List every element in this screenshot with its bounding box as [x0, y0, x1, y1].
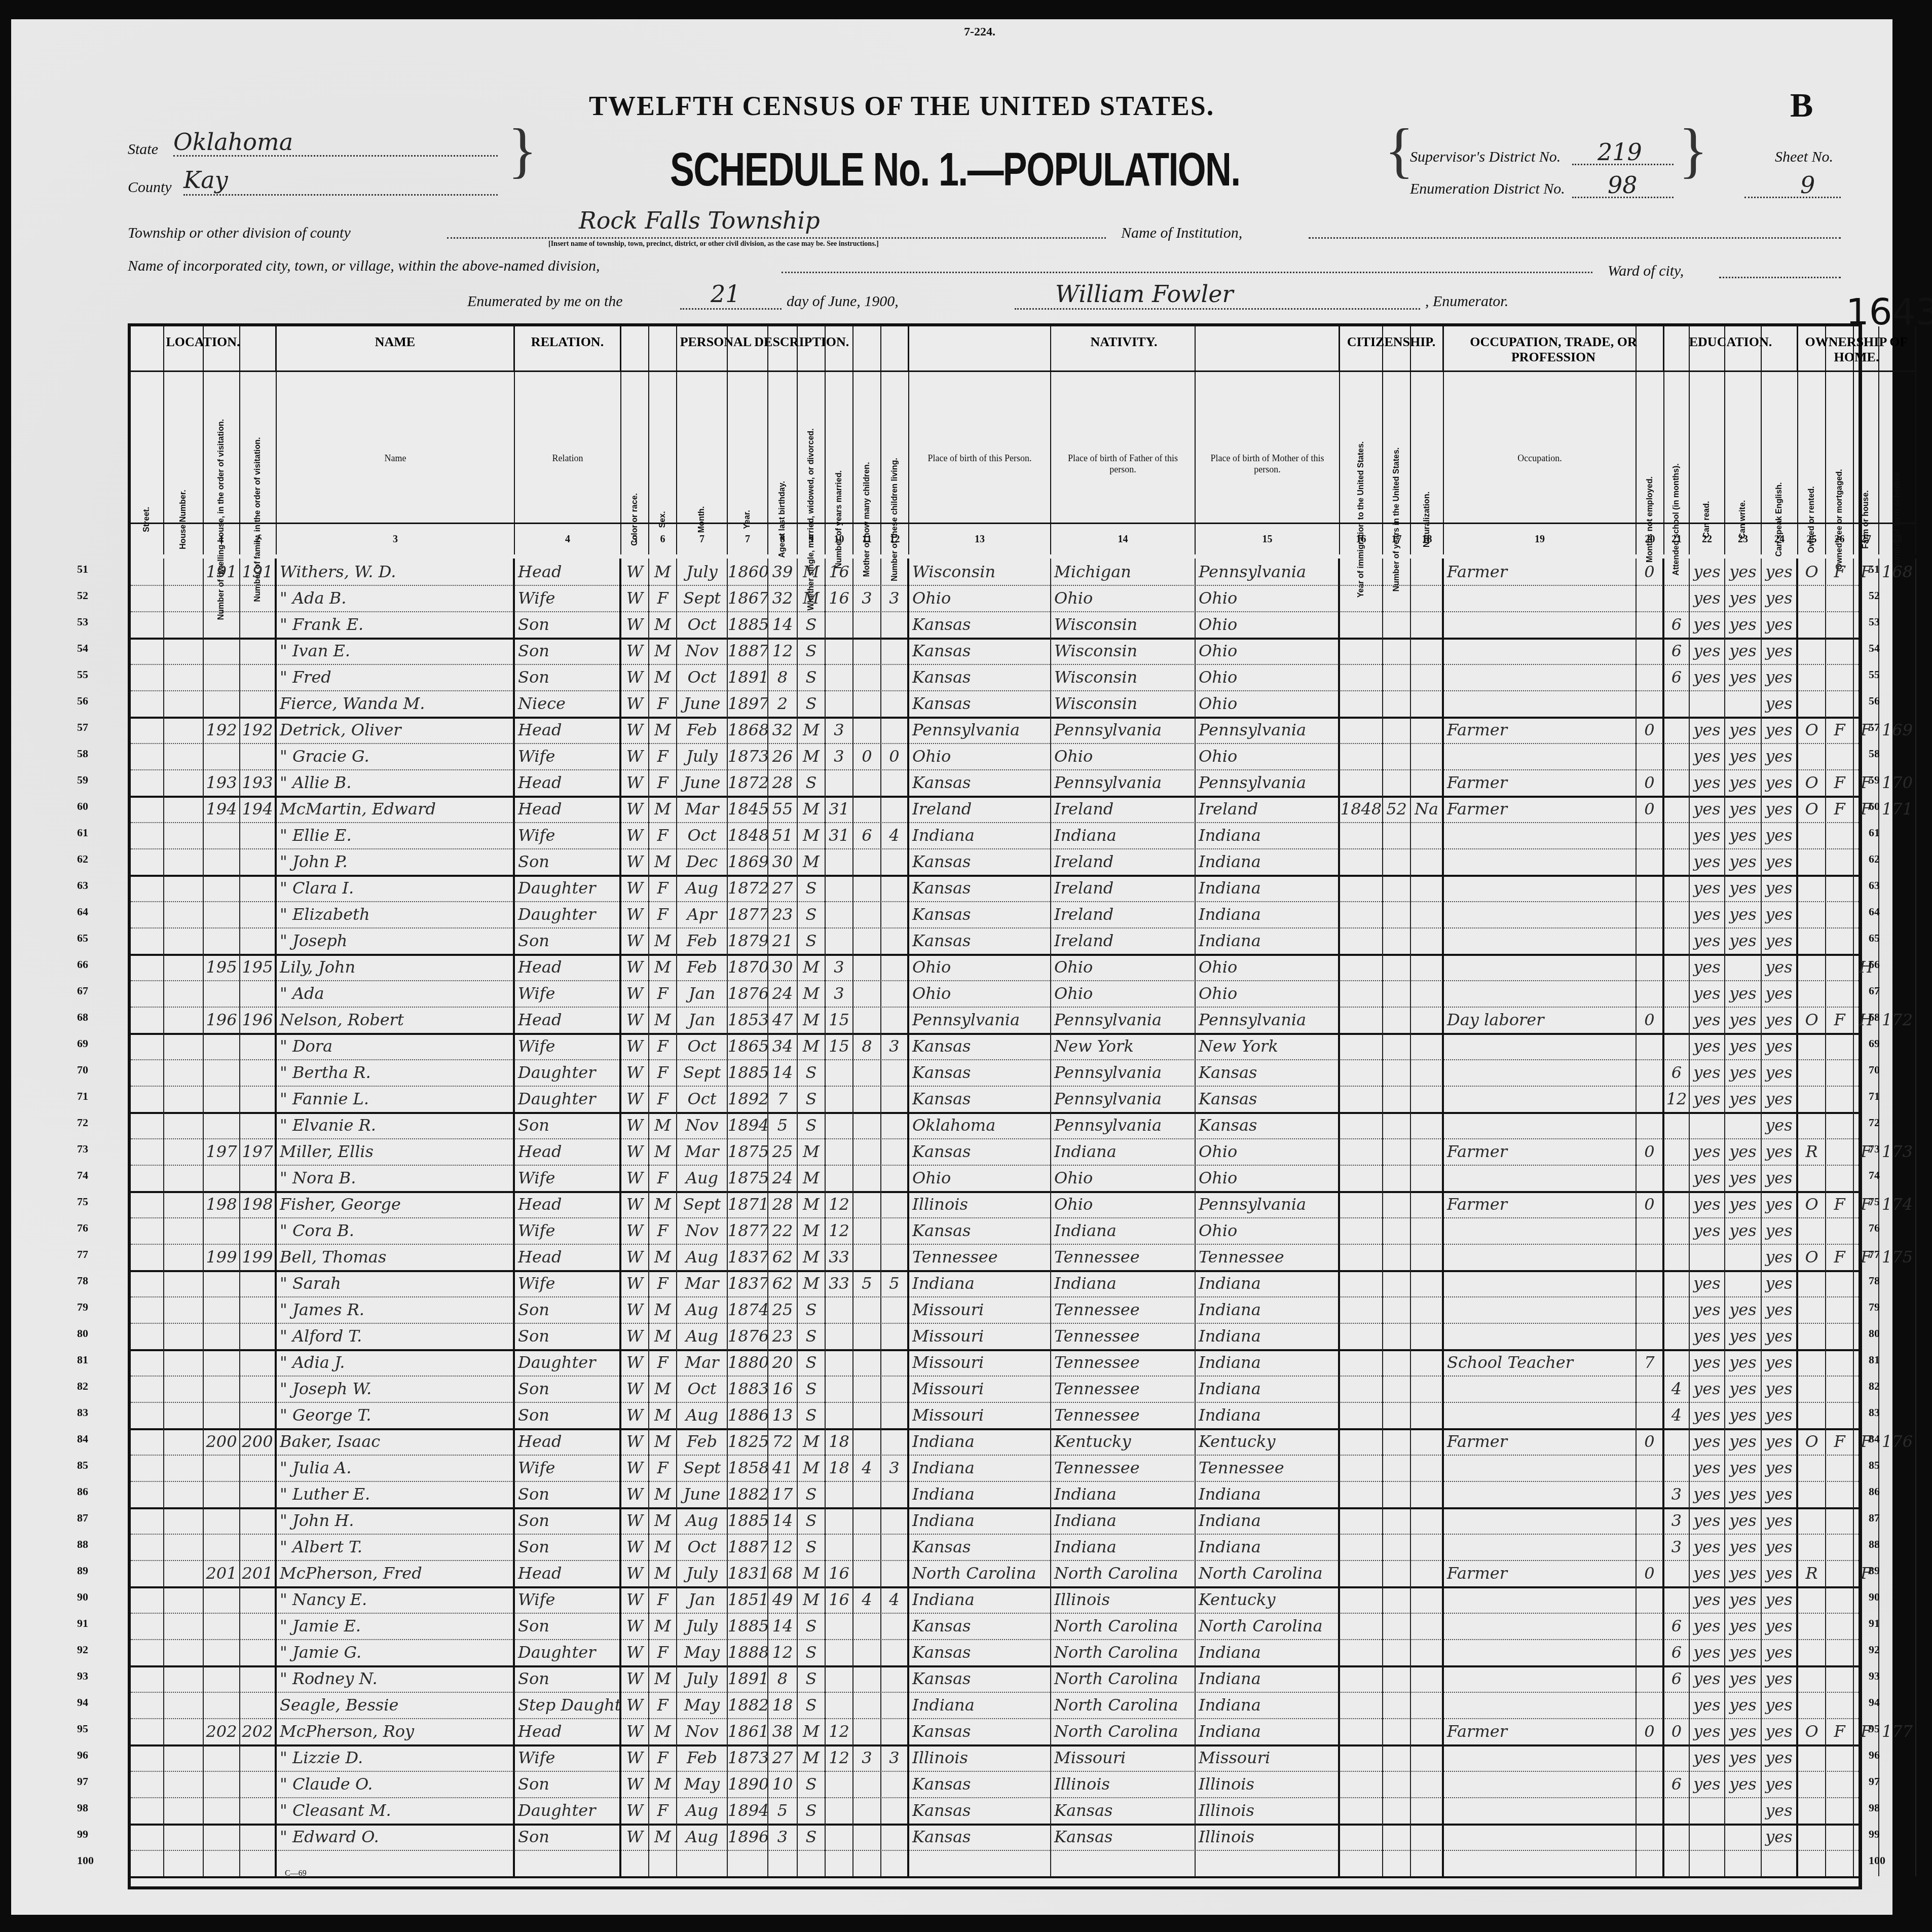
cell-empty	[131, 1112, 164, 1138]
cell-nat	[1411, 1665, 1444, 1692]
table-row: " Ada B.WifeWFSept186732M1633OhioOhioOhi…	[131, 585, 1859, 612]
cell-marital: M	[798, 1744, 826, 1771]
line-number: 78	[1869, 1274, 1880, 1287]
cell-living: 0	[881, 743, 909, 769]
cell-birth: Missouri	[909, 1376, 1051, 1402]
cell-free: F	[1826, 1191, 1854, 1217]
supervisor-line	[1572, 164, 1674, 165]
cell-english: yes	[1762, 1639, 1798, 1665]
cell-relation: Head	[515, 1244, 621, 1270]
cell-dwelling	[204, 875, 240, 901]
line-number: 91	[77, 1617, 88, 1630]
cell-mother: Indiana	[1196, 1296, 1340, 1323]
cell-occupation	[1444, 1244, 1637, 1270]
cell-father: Ireland	[1051, 796, 1196, 822]
cell-marital: M	[798, 559, 826, 585]
ward-line	[1719, 277, 1841, 278]
cell-yrs-us	[1383, 1455, 1411, 1481]
cell-dwelling	[204, 1217, 240, 1244]
cell-year: 1853	[728, 1007, 768, 1033]
cell-yrs-married: 33	[826, 1270, 853, 1296]
cell-english: yes	[1762, 1191, 1798, 1217]
cell-own	[1798, 901, 1826, 927]
cell-read: yes	[1690, 1744, 1725, 1771]
cell-english: yes	[1762, 901, 1798, 927]
cell-school	[1664, 954, 1690, 980]
cell-school	[1664, 796, 1690, 822]
cell-occupation: Farmer	[1444, 1560, 1637, 1586]
cell-own	[1798, 1744, 1826, 1771]
cell-unemployed	[1637, 1376, 1664, 1402]
cell-unemployed	[1637, 1112, 1664, 1138]
cell-dwelling: 199	[204, 1244, 240, 1270]
table-row: 201201McPherson, FredHeadWMJuly183168M16…	[131, 1560, 1859, 1588]
cell-english: yes	[1762, 611, 1798, 638]
cell-marital: M	[798, 1428, 826, 1455]
cell-empty	[131, 1165, 164, 1191]
cell-father: Tennessee	[1051, 1296, 1196, 1323]
table-row: " Claude O.SonWMMay189010SKansasIllinois…	[131, 1771, 1859, 1798]
cell-unemployed	[1637, 1086, 1664, 1112]
cell-father: Missouri	[1051, 1744, 1196, 1771]
cell-yrs-us	[1383, 1744, 1411, 1771]
table-row: " Jamie E.SonWMJuly188514SKansasNorth Ca…	[131, 1613, 1859, 1640]
cell-school: 6	[1664, 1059, 1690, 1086]
cell-write: yes	[1725, 1560, 1762, 1586]
cell-nat	[1411, 1744, 1444, 1771]
cell-father: Indiana	[1051, 1217, 1196, 1244]
cell-age: 27	[768, 1744, 798, 1771]
cell-name: " Cora B.	[277, 1217, 515, 1244]
cell-mother: Kentucky	[1196, 1586, 1340, 1613]
cell-schedule	[1879, 1824, 1916, 1850]
cell-birth: Indiana	[909, 1586, 1051, 1613]
cell-unemployed	[1637, 690, 1664, 717]
cell-english: yes	[1762, 875, 1798, 901]
line-number: 51	[1869, 563, 1880, 576]
cell-month: Aug	[677, 1165, 728, 1191]
cell-race: W	[621, 1639, 649, 1665]
cell-age: 68	[768, 1560, 798, 1586]
brace: {	[1385, 116, 1414, 185]
cell-race: W	[621, 1376, 649, 1402]
cell-school	[1664, 1428, 1690, 1455]
cell-family	[240, 901, 277, 927]
cell-family	[240, 1323, 277, 1349]
cell-yrs-us	[1383, 638, 1411, 664]
column-number: 26	[1826, 523, 1853, 554]
cell-read: yes	[1690, 1639, 1725, 1665]
cell-write: yes	[1725, 1217, 1762, 1244]
cell-own	[1798, 1613, 1826, 1639]
cell-month: Aug	[677, 1507, 728, 1534]
cell-family	[240, 611, 277, 638]
cell-dwelling	[204, 980, 240, 1007]
cell-nat	[1411, 1534, 1444, 1560]
cell-own	[1798, 1771, 1826, 1797]
cell-own	[1798, 1665, 1826, 1692]
cell-empty	[164, 822, 204, 848]
cell-month: Nov	[677, 1217, 728, 1244]
cell-free	[1826, 1112, 1854, 1138]
line-number: 61	[77, 826, 88, 839]
cell-own	[1798, 1850, 1826, 1876]
column-group-header: NAME	[277, 326, 515, 372]
cell-free	[1826, 1086, 1854, 1112]
cell-race	[621, 1850, 649, 1876]
cell-family: 199	[240, 1244, 277, 1270]
cell-age: 38	[768, 1718, 798, 1744]
cell-english: yes	[1762, 1112, 1798, 1138]
cell-occupation	[1444, 638, 1637, 664]
cell-read: yes	[1690, 875, 1725, 901]
cell-empty	[164, 1481, 204, 1507]
cell-month: Feb	[677, 954, 728, 980]
cell-free	[1826, 822, 1854, 848]
cell-empty	[131, 769, 164, 796]
cell-write: yes	[1725, 1455, 1762, 1481]
line-number: 99	[1869, 1828, 1880, 1841]
cell-race: W	[621, 1560, 649, 1586]
cell-free	[1826, 1402, 1854, 1428]
cell-unemployed	[1637, 848, 1664, 875]
cell-empty	[164, 1824, 204, 1850]
cell-dwelling: 193	[204, 769, 240, 796]
cell-marital: S	[798, 769, 826, 796]
cell-english: yes	[1762, 717, 1798, 743]
cell-yrs-us	[1383, 611, 1411, 638]
enumerated-day-line	[680, 308, 782, 310]
line-number: 85	[77, 1459, 88, 1472]
table-row: " Bertha R.DaughterWFSept188514SKansasPe…	[131, 1059, 1859, 1087]
cell-name: " Rodney N.	[277, 1665, 515, 1692]
cell-nat	[1411, 1270, 1444, 1296]
table-row: " Julia A.WifeWFSept185841M1843IndianaTe…	[131, 1455, 1859, 1482]
cell-free	[1826, 1586, 1854, 1613]
cell-marital: M	[798, 1165, 826, 1191]
cell-relation: Wife	[515, 1586, 621, 1613]
cell-race: W	[621, 1244, 649, 1270]
cell-living	[881, 901, 909, 927]
cell-nat	[1411, 901, 1444, 927]
line-number: 83	[77, 1406, 88, 1419]
cell-father: North Carolina	[1051, 1692, 1196, 1718]
cell-yrs-us	[1383, 1191, 1411, 1217]
cell-dwelling: 191	[204, 559, 240, 585]
cell-sex: F	[649, 1217, 677, 1244]
cell-living	[881, 1718, 909, 1744]
cell-school: 0	[1664, 1718, 1690, 1744]
column-group-header: CITIZENSHIP.	[1340, 326, 1444, 372]
cell-age: 27	[768, 875, 798, 901]
cell-own	[1798, 1059, 1826, 1086]
cell-write: yes	[1725, 1507, 1762, 1534]
line-number: 81	[77, 1353, 88, 1366]
line-number: 79	[77, 1301, 88, 1314]
cell-schedule	[1879, 1112, 1916, 1138]
table-row: " Frank E.SonWMOct188514SKansasWisconsin…	[131, 611, 1859, 640]
table-row: " ElizabethDaughterWFApr187723SKansasIre…	[131, 901, 1859, 928]
cell-marital: S	[798, 1112, 826, 1138]
cell-yrs-us	[1383, 717, 1411, 743]
column-number: 5	[621, 523, 648, 554]
cell-relation: Head	[515, 559, 621, 585]
cell-english: yes	[1762, 954, 1798, 980]
cell-yrs-married	[826, 1323, 853, 1349]
cell-unemployed	[1637, 954, 1664, 980]
cell-sex: M	[649, 611, 677, 638]
cell-own	[1798, 664, 1826, 690]
cell-nat	[1411, 1402, 1444, 1428]
cell-school	[1664, 901, 1690, 927]
line-number: 55	[1869, 668, 1880, 681]
cell-empty	[164, 611, 204, 638]
cell-write: yes	[1725, 585, 1762, 611]
cell-age: 5	[768, 1112, 798, 1138]
cell-free	[1826, 690, 1854, 717]
cell-family	[240, 1296, 277, 1323]
cell-family: 202	[240, 1718, 277, 1744]
cell-yrs-us	[1383, 848, 1411, 875]
cell-mother: Ohio	[1196, 1138, 1340, 1165]
cell-empty	[164, 875, 204, 901]
cell-yrs-married	[826, 1797, 853, 1824]
cell-marital: S	[798, 1086, 826, 1112]
cell-write: yes	[1725, 1665, 1762, 1692]
cell-mother: Ohio	[1196, 1165, 1340, 1191]
cell-imm	[1340, 638, 1383, 664]
cell-yrs-us	[1383, 1692, 1411, 1718]
cell-free	[1826, 611, 1854, 638]
cell-dwelling	[204, 1349, 240, 1376]
cell-unemployed	[1637, 1824, 1664, 1850]
cell-children: 3	[853, 585, 881, 611]
cell-occupation	[1444, 1665, 1637, 1692]
cell-race: W	[621, 1217, 649, 1244]
cell-living	[881, 611, 909, 638]
cell-name: " Bertha R.	[277, 1059, 515, 1086]
line-number: 74	[77, 1169, 88, 1182]
cell-yrs-us	[1383, 1007, 1411, 1033]
cell-month: May	[677, 1692, 728, 1718]
cell-marital: M	[798, 822, 826, 848]
cell-nat	[1411, 1191, 1444, 1217]
cell-living	[881, 1797, 909, 1824]
sheet-letter: B	[1790, 85, 1813, 125]
cell-year: 1892	[728, 1086, 768, 1112]
cell-own	[1798, 875, 1826, 901]
footer-code: C—69	[285, 1869, 307, 1878]
cell-father: Ireland	[1051, 927, 1196, 954]
cell-birth: Missouri	[909, 1402, 1051, 1428]
cell-family	[240, 1402, 277, 1428]
cell-family	[240, 1771, 277, 1797]
cell-nat	[1411, 1824, 1444, 1850]
cell-own: O	[1798, 1007, 1826, 1033]
cell-mother: Ohio	[1196, 585, 1340, 611]
cell-write: yes	[1725, 1613, 1762, 1639]
cell-race: W	[621, 875, 649, 901]
cell-children	[853, 1797, 881, 1824]
cell-family	[240, 585, 277, 611]
cell-relation: Son	[515, 1507, 621, 1534]
cell-free: F	[1826, 1244, 1854, 1270]
line-number: 88	[77, 1538, 88, 1551]
cell-read	[1690, 1824, 1725, 1850]
cell-english	[1762, 1850, 1798, 1876]
cell-empty	[164, 1059, 204, 1086]
cell-dwelling	[204, 927, 240, 954]
cell-own	[1798, 927, 1826, 954]
cell-marital: S	[798, 1797, 826, 1824]
line-number: 75	[77, 1195, 88, 1208]
cell-empty	[164, 954, 204, 980]
cell-mother: Ohio	[1196, 743, 1340, 769]
cell-read: yes	[1690, 796, 1725, 822]
cell-nat	[1411, 1771, 1444, 1797]
cell-english: yes	[1762, 1086, 1798, 1112]
cell-dwelling	[204, 1586, 240, 1613]
cell-empty	[164, 1613, 204, 1639]
cell-month: Nov	[677, 1112, 728, 1138]
cell-nat	[1411, 1507, 1444, 1534]
cell-month: July	[677, 1560, 728, 1586]
line-number: 86	[1869, 1485, 1880, 1498]
cell-free	[1826, 743, 1854, 769]
line-number: 87	[1869, 1511, 1880, 1525]
cell-father: Indiana	[1051, 1507, 1196, 1534]
cell-relation: Step Daughter	[515, 1692, 621, 1718]
cell-dwelling	[204, 1270, 240, 1296]
cell-english: yes	[1762, 1744, 1798, 1771]
cell-mother: Indiana	[1196, 901, 1340, 927]
cell-name: Baker, Isaac	[277, 1428, 515, 1455]
cell-children	[853, 1665, 881, 1692]
cell-age: 12	[768, 1534, 798, 1560]
cell-mother	[1196, 1850, 1340, 1876]
cell-year: 1876	[728, 1323, 768, 1349]
cell-birth: Missouri	[909, 1323, 1051, 1349]
cell-free	[1826, 927, 1854, 954]
cell-free	[1826, 1165, 1854, 1191]
cell-race: W	[621, 1059, 649, 1086]
cell-sex: M	[649, 559, 677, 585]
cell-age: 51	[768, 822, 798, 848]
cell-father: Wisconsin	[1051, 638, 1196, 664]
cell-marital: S	[798, 1376, 826, 1402]
cell-english: yes	[1762, 1428, 1798, 1455]
cell-write: yes	[1725, 875, 1762, 901]
cell-imm	[1340, 1007, 1383, 1033]
cell-nat	[1411, 638, 1444, 664]
cell-read: yes	[1690, 1613, 1725, 1639]
cell-own	[1798, 1165, 1826, 1191]
cell-schedule	[1879, 1402, 1916, 1428]
cell-birth: Ohio	[909, 954, 1051, 980]
cell-marital: S	[798, 1692, 826, 1718]
cell-empty	[131, 1692, 164, 1718]
cell-sex: F	[649, 585, 677, 611]
cell-read: yes	[1690, 743, 1725, 769]
cell-english: yes	[1762, 1217, 1798, 1244]
cell-relation: Son	[515, 848, 621, 875]
cell-race: W	[621, 1270, 649, 1296]
cell-sex: M	[649, 1191, 677, 1217]
cell-schedule	[1879, 1086, 1916, 1112]
cell-relation: Wife	[515, 585, 621, 611]
cell-children	[853, 1244, 881, 1270]
cell-name: McPherson, Fred	[277, 1560, 515, 1586]
cell-yrs-married	[826, 1534, 853, 1560]
cell-write: yes	[1725, 927, 1762, 954]
cell-nat	[1411, 611, 1444, 638]
cell-father: Tennessee	[1051, 1455, 1196, 1481]
cell-sex: M	[649, 1007, 677, 1033]
cell-family: 201	[240, 1560, 277, 1586]
cell-write: yes	[1725, 1481, 1762, 1507]
cell-living	[881, 1560, 909, 1586]
cell-read: yes	[1690, 611, 1725, 638]
cell-imm	[1340, 1323, 1383, 1349]
cell-month: Oct	[677, 1086, 728, 1112]
cell-year: 1872	[728, 875, 768, 901]
cell-occupation: Farmer	[1444, 796, 1637, 822]
line-number: 98	[77, 1801, 88, 1814]
cell-schedule	[1879, 1797, 1916, 1824]
cell-dwelling	[204, 848, 240, 875]
cell-living	[881, 1507, 909, 1534]
line-number: 56	[77, 694, 88, 708]
cell-children	[853, 664, 881, 690]
cell-mother: Tennessee	[1196, 1244, 1340, 1270]
cell-school	[1664, 1007, 1690, 1033]
cell-age: 8	[768, 664, 798, 690]
cell-school	[1664, 822, 1690, 848]
cell-unemployed	[1637, 1744, 1664, 1771]
cell-unemployed	[1637, 1033, 1664, 1059]
cell-race: W	[621, 1586, 649, 1613]
cell-birth: Kansas	[909, 690, 1051, 717]
township-line	[447, 237, 1106, 239]
cell-mother: Pennsylvania	[1196, 769, 1340, 796]
cell-year: 1894	[728, 1112, 768, 1138]
cell-name: " Julia A.	[277, 1455, 515, 1481]
cell-read: yes	[1690, 1507, 1725, 1534]
line-number: 62	[1869, 852, 1880, 866]
cell-marital: S	[798, 1665, 826, 1692]
cell-marital: M	[798, 1718, 826, 1744]
cell-race: W	[621, 1534, 649, 1560]
cell-birth: Kansas	[909, 1086, 1051, 1112]
cell-father: Indiana	[1051, 1481, 1196, 1507]
cell-race: W	[621, 1112, 649, 1138]
cell-living	[881, 559, 909, 585]
cell-race: W	[621, 611, 649, 638]
cell-yrs-us	[1383, 1534, 1411, 1560]
table-row: " Fannie L.DaughterWFOct18927SKansasPenn…	[131, 1086, 1859, 1114]
cell-race: W	[621, 1191, 649, 1217]
cell-living: 4	[881, 822, 909, 848]
cell-occupation: Farmer	[1444, 717, 1637, 743]
table-row: " Cora B.WifeWFNov187722M12KansasIndiana…	[131, 1217, 1859, 1245]
cell-birth	[909, 1850, 1051, 1876]
cell-read	[1690, 1112, 1725, 1138]
cell-unemployed	[1637, 822, 1664, 848]
cell-living: 3	[881, 1455, 909, 1481]
cell-year: 1875	[728, 1165, 768, 1191]
enumerated-day: 21	[711, 280, 740, 308]
cell-month: Jan	[677, 980, 728, 1007]
